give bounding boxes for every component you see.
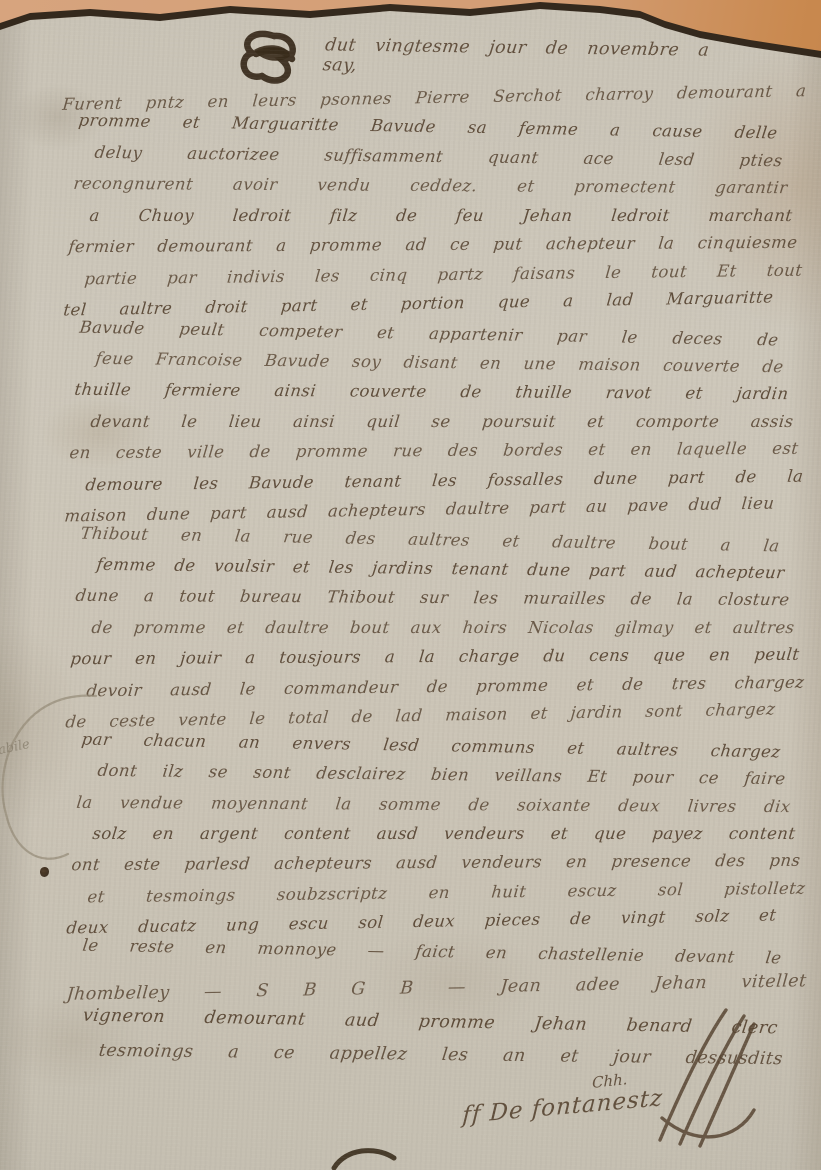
notary-signature: ff De fontanestz xyxy=(462,1085,664,1129)
signature-paraph-icon xyxy=(642,998,764,1150)
manuscript-line: dune a tout bureau Thibout sur les murai… xyxy=(73,586,790,620)
manuscript-photo: dut vingtesme jour de novembre a say, Fu… xyxy=(0,0,821,1170)
manuscript-line: a Chuoy ledroit filz de feu Jehan ledroi… xyxy=(87,206,793,235)
manuscript-line: devant le lieu ainsi quil se poursuit et… xyxy=(88,412,794,441)
manuscript-line: recongnurent avoir vendu ceddez. et prom… xyxy=(71,174,788,208)
initial-flourish-icon xyxy=(236,26,316,94)
manuscript-line: la vendue moyennant la somme de soixante… xyxy=(74,792,791,826)
manuscript-line: le reste en monnoye — faict en chastelle… xyxy=(80,935,783,977)
paper-page: dut vingtesme jour de novembre a say, Fu… xyxy=(0,0,821,1170)
manuscript-line: thuille fermiere ainsi couverte de thuil… xyxy=(72,380,789,414)
cutoff-letter-stroke xyxy=(328,1146,400,1170)
heading-line: dut vingtesme jour de novembre a say, xyxy=(236,26,706,86)
manuscript-line: solz en argent content ausd vendeurs et … xyxy=(90,824,796,853)
heading-text: dut vingtesme jour de novembre a say, xyxy=(322,35,711,80)
manuscript-body: Furent pntz en leurs psonnes Pierre Serc… xyxy=(14,88,814,971)
manuscript-line: de promme et daultre bout aux hoirs Nico… xyxy=(89,618,795,647)
margin-flourish-icon xyxy=(0,682,112,877)
